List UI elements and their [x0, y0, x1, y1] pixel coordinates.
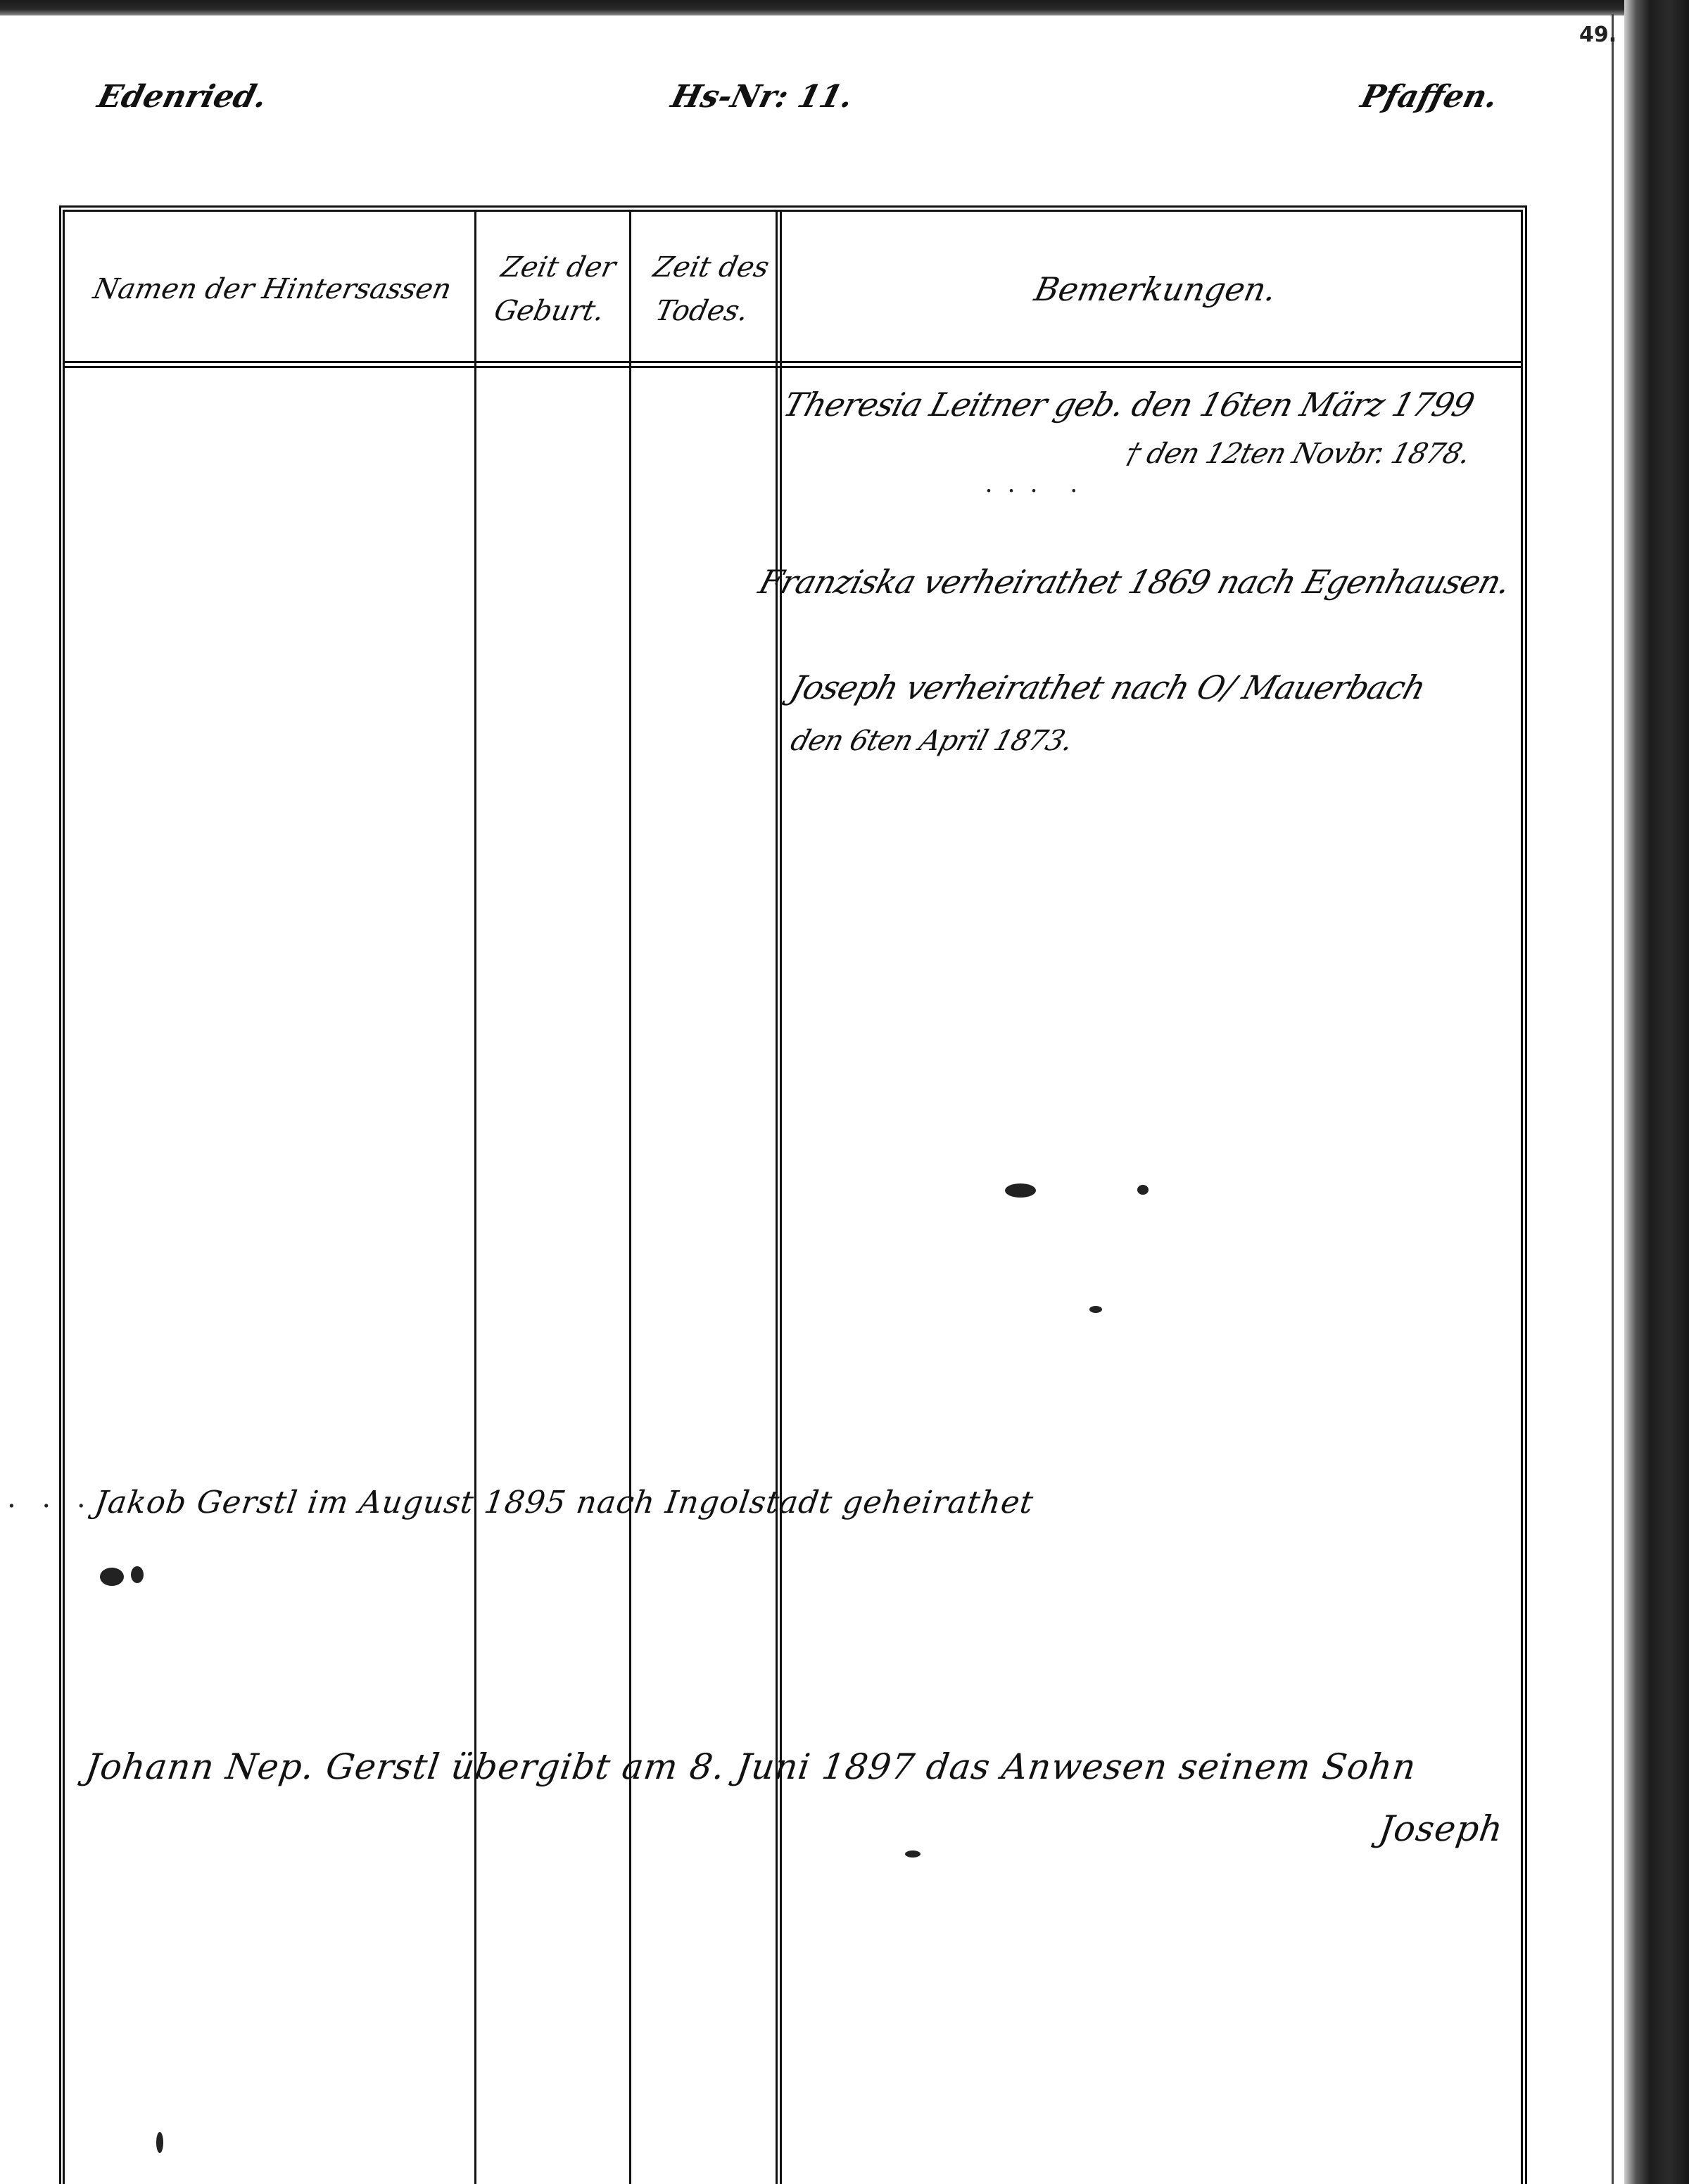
column-divider-3 [776, 212, 782, 2184]
entry-johann-gerstl-line2: Joseph [1377, 1808, 1506, 1849]
ink-blot [1005, 1183, 1036, 1198]
entry-johann-gerstl-line1: Johann Nep. Gerstl übergibt am 8. Juni 1… [83, 1746, 1419, 1787]
column-header-names: Namen der Hintersassen [57, 219, 488, 360]
ink-blot [905, 1850, 921, 1858]
ink-blot [131, 1566, 144, 1583]
table-header-row: Namen der Hintersassen Zeit der Geburt. … [65, 212, 1521, 368]
ink-blot [100, 1568, 124, 1586]
scan-top-edge [0, 0, 1689, 15]
column-header-remarks: Bemerkungen. [775, 219, 1537, 360]
page-edge-line [1612, 14, 1614, 2184]
entry-jakob-gerstl: Jakob Gerstl im August 1895 nach Ingolst… [92, 1485, 1035, 1520]
house-number: Hs-Nr: 11. [668, 79, 857, 115]
remark-franziska: Franziska verheirathet 1869 nach Egenhau… [754, 563, 1514, 601]
register-table: Namen der Hintersassen Zeit der Geburt. … [59, 205, 1527, 2184]
ink-blot [156, 2132, 163, 2153]
column-divider-2 [629, 212, 631, 2184]
place-name: Edenried. [94, 79, 271, 115]
ink-dots: ˙˙˙ ˙ [982, 485, 1089, 518]
parish-name: Pfaffen. [1358, 79, 1502, 115]
remark-joseph-line1: Joseph verheirathet nach O/ Mauerbach [786, 668, 1429, 706]
remark-theresia-line1: Theresia Leitner geb. den 16ten März 179… [779, 386, 1478, 424]
column-divider-1 [474, 212, 476, 2184]
book-spine-shadow [1624, 0, 1689, 2184]
column-header-death: Zeit des Todes. [621, 219, 792, 360]
remark-theresia-line2: † den 12ten Novbr. 1878. [1121, 438, 1474, 470]
ink-blot [1137, 1185, 1149, 1195]
page-number: 49. [1579, 23, 1617, 47]
remark-joseph-line2: den 6ten April 1873. [787, 725, 1076, 757]
column-header-birth: Zeit der Geburt. [465, 219, 643, 360]
ink-blot [1089, 1306, 1102, 1313]
leader-dots: . . . [7, 1482, 94, 1514]
